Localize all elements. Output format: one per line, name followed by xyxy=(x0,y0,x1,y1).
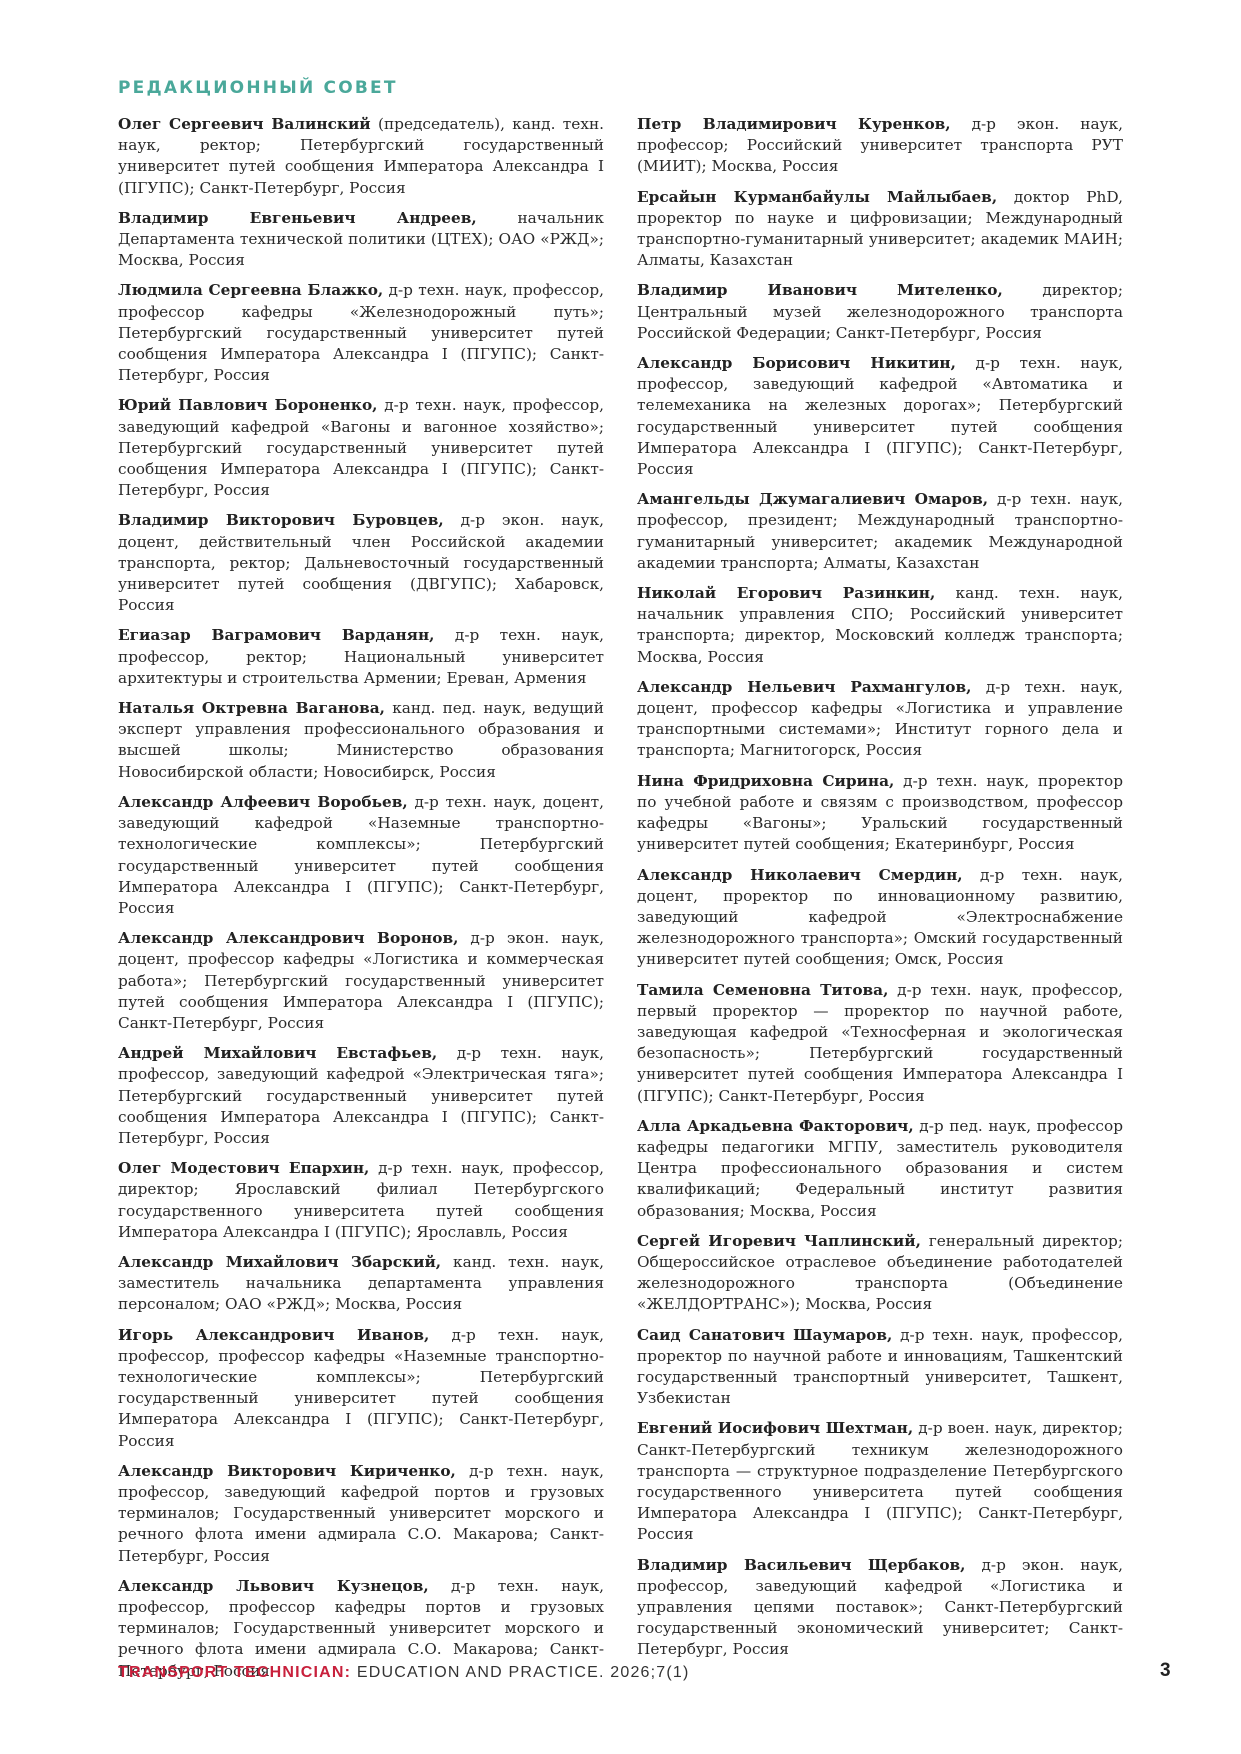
board-member-entry: Алла Аркадьевна Факторович, д-р пед. нау… xyxy=(637,1116,1123,1222)
board-member-entry: Сергей Игоревич Чаплинский, генеральный … xyxy=(637,1231,1123,1316)
board-member-entry: Александр Алфеевич Воробьев, д-р техн. н… xyxy=(118,792,604,919)
member-name: Владимир Евгеньевич Андреев, xyxy=(118,209,477,227)
board-member-entry: Олег Сергеевич Валинский (председатель),… xyxy=(118,114,604,199)
member-name: Игорь Александрович Иванов, xyxy=(118,1326,429,1344)
board-member-entry: Олег Модестович Епархин, д-р техн. наук,… xyxy=(118,1158,604,1243)
board-member-entry: Ерсайын Курманбайулы Майлыбаев, доктор P… xyxy=(637,187,1123,272)
board-member-entry: Николай Егорович Разинкин, канд. техн. н… xyxy=(637,583,1123,668)
member-name: Владимир Васильевич Щербаков, xyxy=(637,1556,966,1574)
member-details: д-р техн. наук, профессор, первый прорек… xyxy=(637,981,1123,1105)
board-member-entry: Петр Владимирович Куренков, д-р экон. на… xyxy=(637,114,1123,178)
board-member-entry: Александр Нельевич Рахмангулов, д-р техн… xyxy=(637,677,1123,762)
member-details: д-р техн. наук, профессор, заведующий ка… xyxy=(637,354,1123,478)
member-name: Юрий Павлович Бороненко, xyxy=(118,396,378,414)
board-member-entry: Егиазар Ваграмович Варданян, д-р техн. н… xyxy=(118,625,604,689)
board-member-entry: Людмила Сергеевна Блажко, д-р техн. наук… xyxy=(118,280,604,386)
board-member-entry: Владимир Евгеньевич Андреев, начальник Д… xyxy=(118,208,604,272)
board-member-entry: Александр Михайлович Збарский, канд. тех… xyxy=(118,1252,604,1316)
member-details: д-р воен. наук, директор; Санкт-Петербур… xyxy=(637,1419,1123,1543)
member-name: Андрей Михайлович Евстафьев, xyxy=(118,1044,437,1062)
board-member-entry: Александр Викторович Кириченко, д-р техн… xyxy=(118,1461,604,1567)
journal-footer: TRANSPORT TECHNICIAN: EDUCATION AND PRAC… xyxy=(118,1664,690,1682)
member-name: Александр Александрович Воронов, xyxy=(118,929,458,947)
board-member-entry: Александр Николаевич Смердин, д-р техн. … xyxy=(637,865,1123,971)
member-name: Владимир Иванович Мителенко, xyxy=(637,281,1003,299)
member-name: Олег Сергеевич Валинский xyxy=(118,115,371,133)
member-name: Наталья Октревна Ваганова, xyxy=(118,699,385,717)
journal-subtitle: EDUCATION AND PRACTICE. 2026;7(1) xyxy=(351,1664,689,1681)
member-name: Александр Львович Кузнецов, xyxy=(118,1577,429,1595)
board-member-entry: Андрей Михайлович Евстафьев, д-р техн. н… xyxy=(118,1043,604,1149)
section-heading: РЕДАКЦИОННЫЙ СОВЕТ xyxy=(118,78,398,98)
editorial-board-left-column: Олег Сергеевич Валинский (председатель),… xyxy=(118,114,604,1691)
member-name: Александр Николаевич Смердин, xyxy=(637,866,963,884)
board-member-entry: Юрий Павлович Бороненко, д-р техн. наук,… xyxy=(118,395,604,501)
member-name: Тамила Семеновна Титова, xyxy=(637,981,888,999)
board-member-entry: Александр Борисович Никитин, д-р техн. н… xyxy=(637,353,1123,480)
member-name: Петр Владимирович Куренков, xyxy=(637,115,951,133)
board-member-entry: Игорь Александрович Иванов, д-р техн. на… xyxy=(118,1325,604,1452)
board-member-entry: Нина Фридриховна Сирина, д-р техн. наук,… xyxy=(637,771,1123,856)
member-name: Егиазар Ваграмович Варданян, xyxy=(118,626,435,644)
member-name: Александр Нельевич Рахмангулов, xyxy=(637,678,971,696)
journal-brand: TRANSPORT TECHNICIAN: xyxy=(118,1664,351,1681)
page-number: 3 xyxy=(1160,1660,1171,1682)
member-name: Ерсайын Курманбайулы Майлыбаев, xyxy=(637,188,997,206)
member-details: д-р техн. наук, профессор, профессор каф… xyxy=(118,1326,604,1450)
member-name: Олег Модестович Епархин, xyxy=(118,1159,369,1177)
member-name: Николай Егорович Разинкин, xyxy=(637,584,935,602)
board-member-entry: Владимир Викторович Буровцев, д-р экон. … xyxy=(118,510,604,616)
board-member-entry: Амангельды Джумагалиевич Омаров, д-р тех… xyxy=(637,489,1123,574)
board-member-entry: Евгений Иосифович Шехтман, д-р воен. нау… xyxy=(637,1418,1123,1545)
member-name: Сергей Игоревич Чаплинский, xyxy=(637,1232,921,1250)
board-member-entry: Наталья Октревна Ваганова, канд. пед. на… xyxy=(118,698,604,783)
member-name: Амангельды Джумагалиевич Омаров, xyxy=(637,490,988,508)
board-member-entry: Тамила Семеновна Титова, д-р техн. наук,… xyxy=(637,980,1123,1107)
member-details: д-р техн. наук, доцент, заведующий кафед… xyxy=(118,793,604,917)
member-name: Александр Борисович Никитин, xyxy=(637,354,956,372)
member-name: Евгений Иосифович Шехтман, xyxy=(637,1419,913,1437)
member-name: Владимир Викторович Буровцев, xyxy=(118,511,444,529)
board-member-entry: Владимир Васильевич Щербаков, д-р экон. … xyxy=(637,1555,1123,1661)
board-member-entry: Александр Александрович Воронов, д-р эко… xyxy=(118,928,604,1034)
editorial-board-right-column: Петр Владимирович Куренков, д-р экон. на… xyxy=(637,114,1123,1670)
board-member-entry: Владимир Иванович Мителенко, директор; Ц… xyxy=(637,280,1123,344)
member-name: Александр Викторович Кириченко, xyxy=(118,1462,456,1480)
member-name: Людмила Сергеевна Блажко, xyxy=(118,281,383,299)
member-name: Александр Алфеевич Воробьев, xyxy=(118,793,408,811)
board-member-entry: Саид Санатович Шаумаров, д-р техн. наук,… xyxy=(637,1325,1123,1410)
member-name: Алла Аркадьевна Факторович, xyxy=(637,1117,914,1135)
member-name: Александр Михайлович Збарский, xyxy=(118,1253,441,1271)
member-name: Саид Санатович Шаумаров, xyxy=(637,1326,892,1344)
member-name: Нина Фридриховна Сирина, xyxy=(637,772,894,790)
